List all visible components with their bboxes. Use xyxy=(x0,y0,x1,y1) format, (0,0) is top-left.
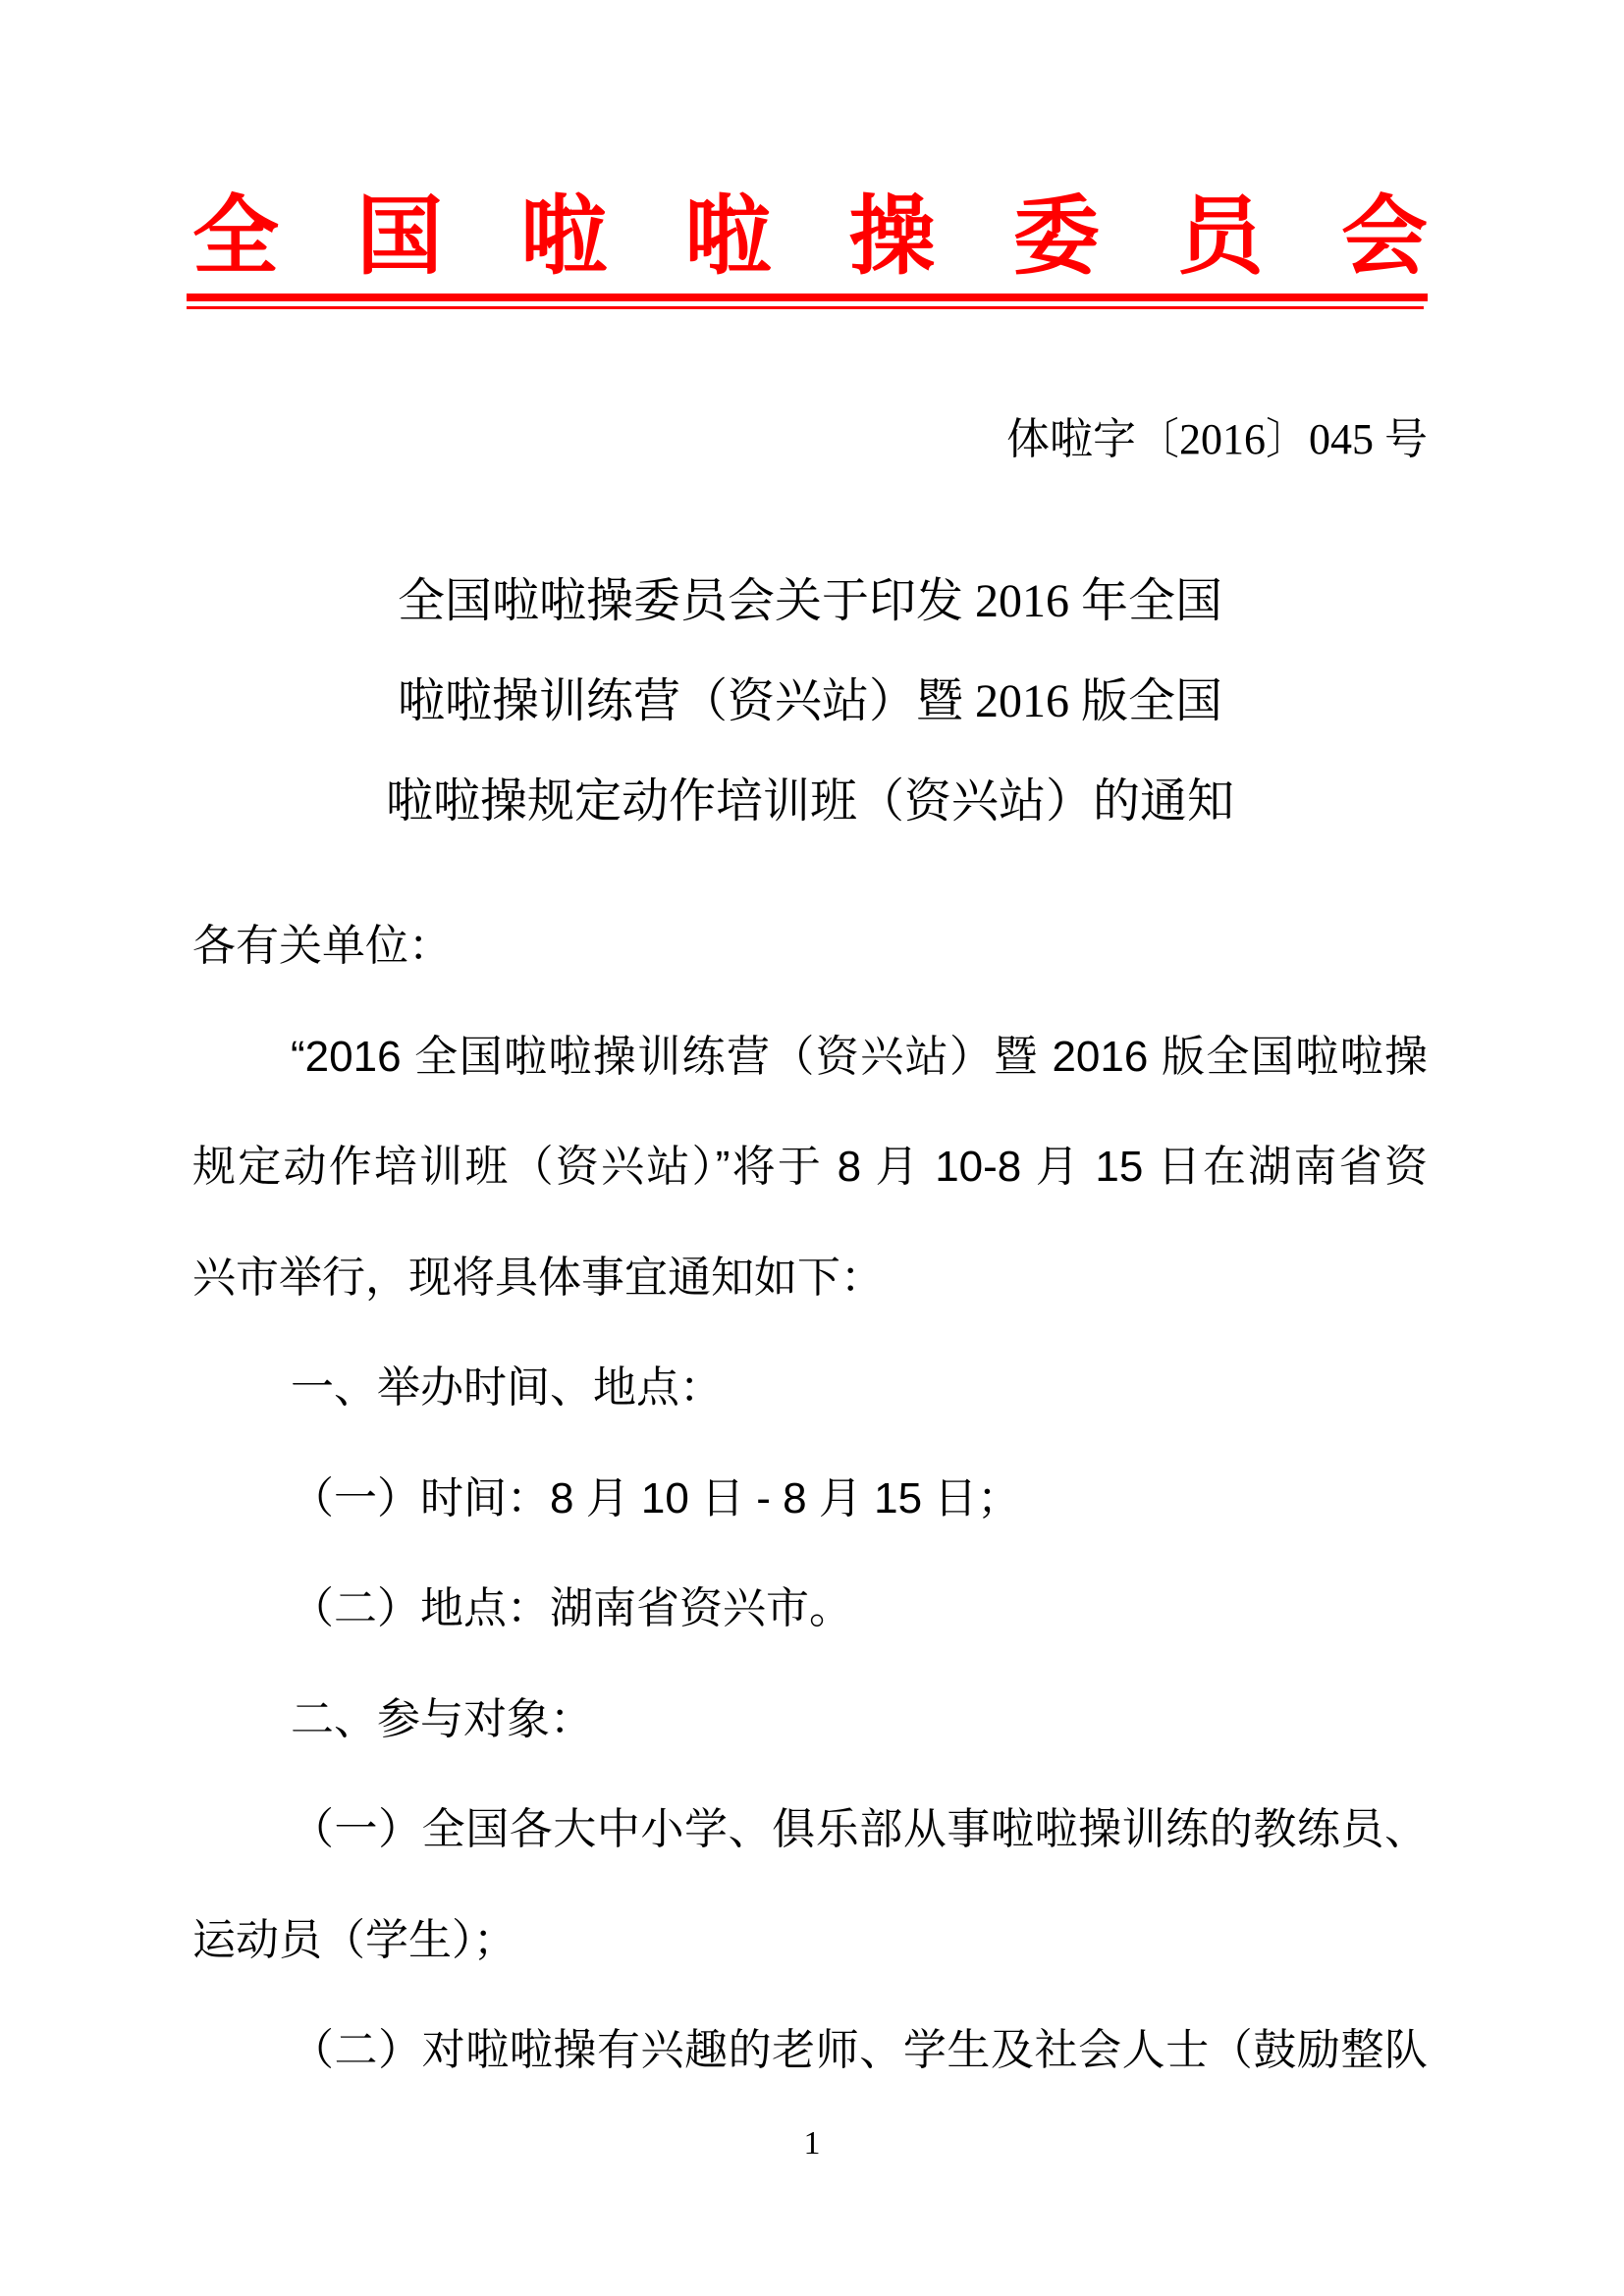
document-title-line: 啦啦操规定动作培训班（资兴站）的通知 xyxy=(192,752,1428,852)
document-title-line: 全国啦啦操委员会关于印发 2016 年全国 xyxy=(192,552,1428,652)
letterhead-org-title: 全 国 啦 啦 操 委 员 会 xyxy=(192,185,1428,293)
document-title-line: 啦啦操训练营（资兴站）暨 2016 版全国 xyxy=(192,652,1428,752)
document-title: 全国啦啦操委员会关于印发 2016 年全国 啦啦操训练营（资兴站）暨 2016 … xyxy=(192,552,1428,852)
body-line: 兴市举行，现将具体事宜通知如下： xyxy=(192,1223,1428,1334)
section-heading: 一、举办时间、地点： xyxy=(192,1333,1428,1444)
body-line: 规定动作培训班（资兴站）”将于 8 月 10-8 月 15 日在湖南省资 xyxy=(192,1112,1428,1223)
body-line: （二）对啦啦操有兴趣的老师、学生及社会人士（鼓励整队 xyxy=(192,1996,1428,2107)
body-line: （二）地点：湖南省资兴市。 xyxy=(192,1554,1428,1665)
letterhead-rule-thick xyxy=(187,294,1428,301)
letterhead-rule-thin xyxy=(187,306,1424,309)
section-heading: 二、参与对象： xyxy=(192,1665,1428,1776)
document-number: 体啦字〔2016〕045 号 xyxy=(192,412,1428,467)
page-number: 1 xyxy=(0,2122,1624,2165)
body-line: （一）全国各大中小学、俱乐部从事啦啦操训练的教练员、 xyxy=(192,1775,1428,1886)
body-line: （一）时间：8 月 10 日 - 8 月 15 日； xyxy=(192,1444,1428,1555)
salutation-line: 各有关单位： xyxy=(192,891,1428,1002)
document-page: 全 国 啦 啦 操 委 员 会 体啦字〔2016〕045 号 全国啦啦操委员会关… xyxy=(0,0,1624,2296)
body-line: “2016 全国啦啦操训练营（资兴站）暨 2016 版全国啦啦操 xyxy=(192,1002,1428,1113)
document-body: 各有关单位： “2016 全国啦啦操训练营（资兴站）暨 2016 版全国啦啦操 … xyxy=(192,891,1428,2107)
body-line: 运动员（学生）； xyxy=(192,1886,1428,1997)
